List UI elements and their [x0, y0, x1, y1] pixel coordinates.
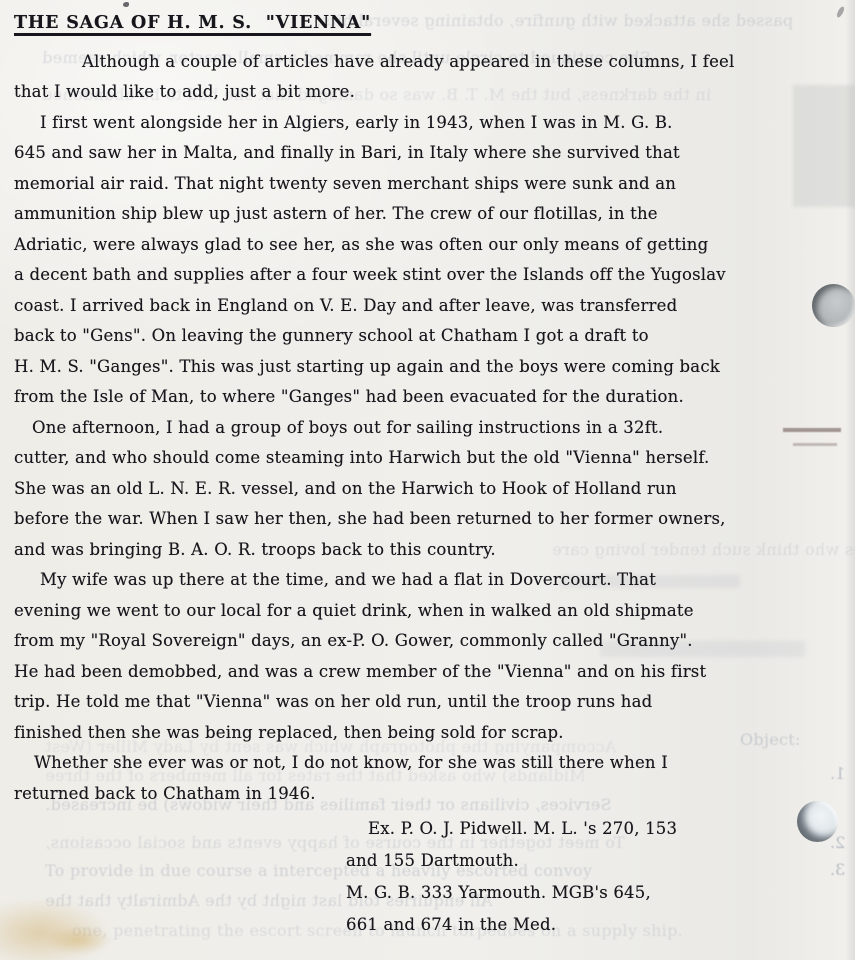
paragraph-harwich: One afternoon, I had a group of boys out… — [14, 413, 814, 566]
paragraph-dovercourt: My wife was up there at the time, and we… — [14, 565, 814, 748]
paragraph-intro: Although a couple of articles have alrea… — [14, 47, 814, 108]
bleedthrough-number: 2. — [830, 833, 845, 852]
bleedthrough-number: 3. — [830, 860, 845, 879]
punch-hole — [797, 801, 838, 842]
article: THE SAGA OF H. M. S. "VIENNA" Although a… — [14, 6, 814, 941]
bleedthrough-number: 1. — [830, 764, 845, 783]
page-title: THE SAGA OF H. M. S. "VIENNA" — [14, 8, 814, 39]
document-page: passed she attacked with gunfire, obtain… — [0, 0, 855, 960]
punch-hole — [812, 284, 855, 327]
scan-shadow — [845, 0, 855, 960]
paragraph-closing: Whether she ever was or not, I do not kn… — [14, 748, 814, 809]
paragraph-war-service: I first went alongside her in Algiers, e… — [14, 108, 814, 413]
signature-block: Ex. P. O. J. Pidwell. M. L. 's 270, 153 … — [346, 813, 814, 941]
ink-speck — [835, 6, 845, 19]
